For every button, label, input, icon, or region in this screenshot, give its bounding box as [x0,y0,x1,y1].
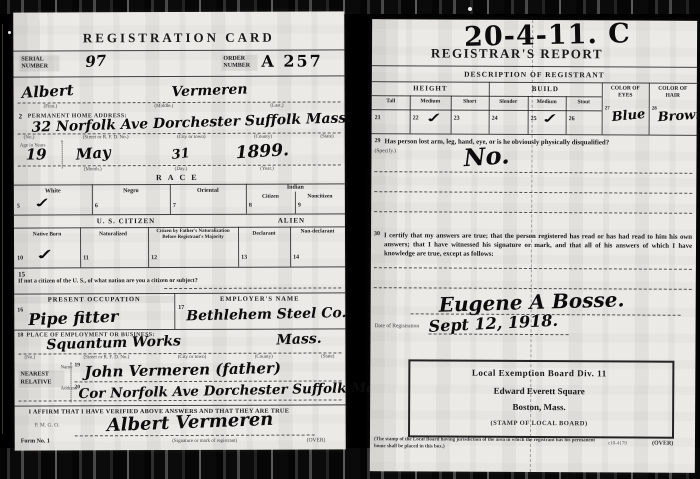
stamp-note: (The stamp of the Local Board having jur… [374,437,604,451]
form-number: Form No. 1 [21,438,50,444]
date-baseline [429,333,569,335]
height-group-label: HEIGHT [372,84,489,93]
naturalized-number: 11 [83,255,89,261]
sublabel-month: (Month.) [84,167,102,172]
rule [13,75,344,77]
citizen-divider [290,227,291,267]
sublabel-first: (First.) [44,104,58,109]
q16-number: 16 [17,308,23,314]
check-icon: ✓ [541,111,560,127]
rule [14,328,345,330]
q18-number: 18 [17,333,23,339]
medium-height-label: Medium [410,98,451,104]
over-label: (OVER) [652,441,673,447]
registrant-last-name: Vermeren [171,81,248,100]
rule [14,292,345,294]
present-occupation-header: PRESENT OCCUPATION [14,296,174,304]
check-icon: ✓ [33,195,53,211]
race-indian-noncitizen-label: Noncitizen [295,193,345,199]
employers-name-header: EMPLOYER'S NAME [174,295,345,303]
alien-header: ALIEN [238,216,345,224]
col23-number: 23 [454,116,460,122]
sublabel-no: (No.) [24,356,35,361]
sublabel-last: (Last.) [270,104,283,109]
relative-name-label: Name [60,365,72,370]
dust-speck [8,31,11,34]
address-item-number: 2 [19,113,23,121]
signature-caption: (Signature or mark of registrant) [125,439,285,445]
race-indian-noncitizen-number: 9 [298,203,301,209]
film-edge-line [2,24,3,434]
col25-number: 25 [531,116,537,122]
q30-text: I certify that my answers are true; that… [384,231,692,260]
q30-number: 30 [374,231,380,237]
q29-text: Has person lost arm, leg, hand, eye, or … [385,138,691,147]
sublabel-year: (Year.) [260,167,274,172]
local-board-stamp-box: Local Exemption Board Div. 11 Edward Eve… [408,359,674,438]
q15-number: 15 [18,271,25,279]
employment-place-state: Mass. [276,331,322,349]
sublabel-street: (Street or R. F. D. No.) [83,135,129,140]
eye-color-value: Blue [611,107,646,125]
sublabel-day: (Day.) [175,167,188,172]
race-indian-label: Indian [246,184,345,190]
local-board-name: Local Exemption Board Div. 11 [410,367,668,378]
description-table: HEIGHT BUILD COLOR OF EYES COLOR OF HAIR… [372,81,697,135]
stamp-caption: (STAMP OF LOCAL BOARD) [410,419,668,427]
rule [14,266,345,268]
dust-speck [468,7,472,11]
scanned-draft-cards: REGISTRATION CARD SERIAL NUMBER 97 ORDER… [0,0,700,479]
hair-color-value: Brown [657,107,700,125]
local-board-city: Boston, Mass. [410,401,668,412]
occupation-value: Pipe fitter [28,307,119,329]
native-born-number: 10 [17,256,23,262]
citizen-divider [148,227,149,267]
age-box-divider [62,140,63,168]
declarant-label: Declarant [240,231,288,237]
q29-specify-label: (Specify.) [374,148,396,154]
occupation-divider [174,293,175,329]
table-rule [372,109,602,111]
relative-name-value: John Vermeren (father) [84,359,281,381]
q15-answer-line [164,287,341,289]
q19-number: 19 [74,362,80,368]
q15-text: If not a citizen of the U. S., of what n… [18,278,318,285]
sublabel-middle: (Middle.) [154,104,173,109]
tall-label: Tall [372,98,410,104]
native-born-label: Native Born [16,231,78,237]
slender-label: Slender [489,99,528,105]
build-group-label: BUILD [489,85,602,94]
blank-line [374,211,692,214]
non-declarant-label: Non-declarant [292,228,343,235]
employment-place-value: Squantum Works [46,333,181,353]
q29-number: 29 [375,138,381,144]
citizen-divider [80,227,81,267]
citizenship-table: Native Born Naturalized Citizen by Fathe… [14,226,345,267]
race-white-number: 5 [17,204,20,210]
check-icon: ✓ [34,246,55,264]
us-citizen-header: U. S. CITIZEN [14,217,238,226]
serial-number-label: SERIAL NUMBER [19,55,59,71]
rule [372,65,697,68]
date-of-registration-label: Date of Registration [375,323,420,329]
sublabel-state: (State) [321,354,334,359]
relative-address-baseline [19,399,342,401]
q29-answer: No. [463,140,511,172]
blank-line [374,171,692,174]
dob-sublabels: (Month.) (Day.) (Year.) [84,167,274,173]
sublabel-city: (City or town) [177,135,206,140]
sublabel-city: (City or town) [178,355,207,360]
short-label: Short [451,99,489,105]
order-number-value: A 257 [261,51,322,70]
place-sublabels: (No.) (Street or R. F. D. No.) (City or … [24,354,334,360]
sublabel-no: (No.) [24,136,35,141]
citizen-by-father-number: 12 [151,255,157,261]
medium-build-label: Medium [528,99,566,105]
race-negro-label: Negro [92,188,170,194]
check-icon: ✓ [425,110,444,126]
sublabel-state: (State) [320,134,333,139]
race-section-header: RACE [14,172,345,182]
rule [14,213,345,215]
age-value: 19 [26,145,47,163]
col21-number: 21 [375,115,381,121]
order-number-label: ORDER NUMBER [221,55,257,71]
table-divider [649,83,650,135]
registrant-first-name: Albert [21,81,74,102]
sublabel-street: (Street or R. F. D. No.) [83,355,129,360]
name-sublabels: (First.) (Middle.) (Last.) [44,104,284,110]
table-rule [372,95,602,97]
blank-line [374,191,692,194]
relative-address-value: Cor Norfolk Ave Dorchester Suffolk Mass. [78,379,395,402]
description-header: DESCRIPTION OF REGISTRANT [372,69,697,80]
col28-number: 28 [652,107,657,112]
race-oriental-number: 7 [173,203,176,209]
race-white-label: White [14,188,92,194]
pmgo-label: P. M. G. O. [35,422,60,428]
dob-day: 31 [171,146,191,163]
card-title: REGISTRAR'S REPORT [392,45,642,62]
race-oriental-label: Oriental [170,188,246,194]
col24-number: 24 [492,116,498,122]
sublabel-county: (County) [254,135,272,140]
race-negro-number: 6 [95,203,98,209]
declarant-number: 13 [241,255,247,261]
color-of-eyes-label: COLOR OF EYES [604,85,647,98]
citizen-divider [238,227,239,267]
race-indian-citizen-number: 8 [249,203,252,209]
dob-year: 1899. [235,140,289,163]
local-board-address: Edward Everett Square [410,385,668,396]
col26-number: 26 [569,116,575,122]
rule [15,404,346,406]
non-declarant-number: 14 [293,255,299,261]
card-title: REGISTRATION CARD [13,29,344,46]
citizen-by-father-label: Citizen by Father's Naturalization Befor… [151,229,235,241]
color-of-hair-label: COLOR OF HAIR [651,86,695,99]
race-indian-citizen-label: Citizen [246,194,295,200]
blank-line [374,267,692,270]
q17-number: 17 [178,305,184,311]
employer-value: Bethlehem Steel Co. [186,305,346,324]
stout-label: Stout [566,99,602,105]
nearest-relative-label: NEAREST RELATIVE [18,370,64,387]
signature-baseline [75,435,315,437]
over-label: (OVER) [307,437,326,443]
registration-card: REGISTRATION CARD SERIAL NUMBER 97 ORDER… [13,11,346,450]
col22-number: 22 [413,115,419,121]
registrars-report-card: 20-4-11. C REGISTRAR'S REPORT DESCRIPTIO… [370,19,697,473]
race-table: White Negro Oriental Indian Citizen Nonc… [14,183,345,214]
col27-number: 27 [605,106,610,111]
dob-month: May [75,143,111,164]
naturalized-label: Naturalized [82,231,144,237]
serial-number-value: 97 [85,52,107,71]
print-code: c10-4179 [608,441,627,446]
